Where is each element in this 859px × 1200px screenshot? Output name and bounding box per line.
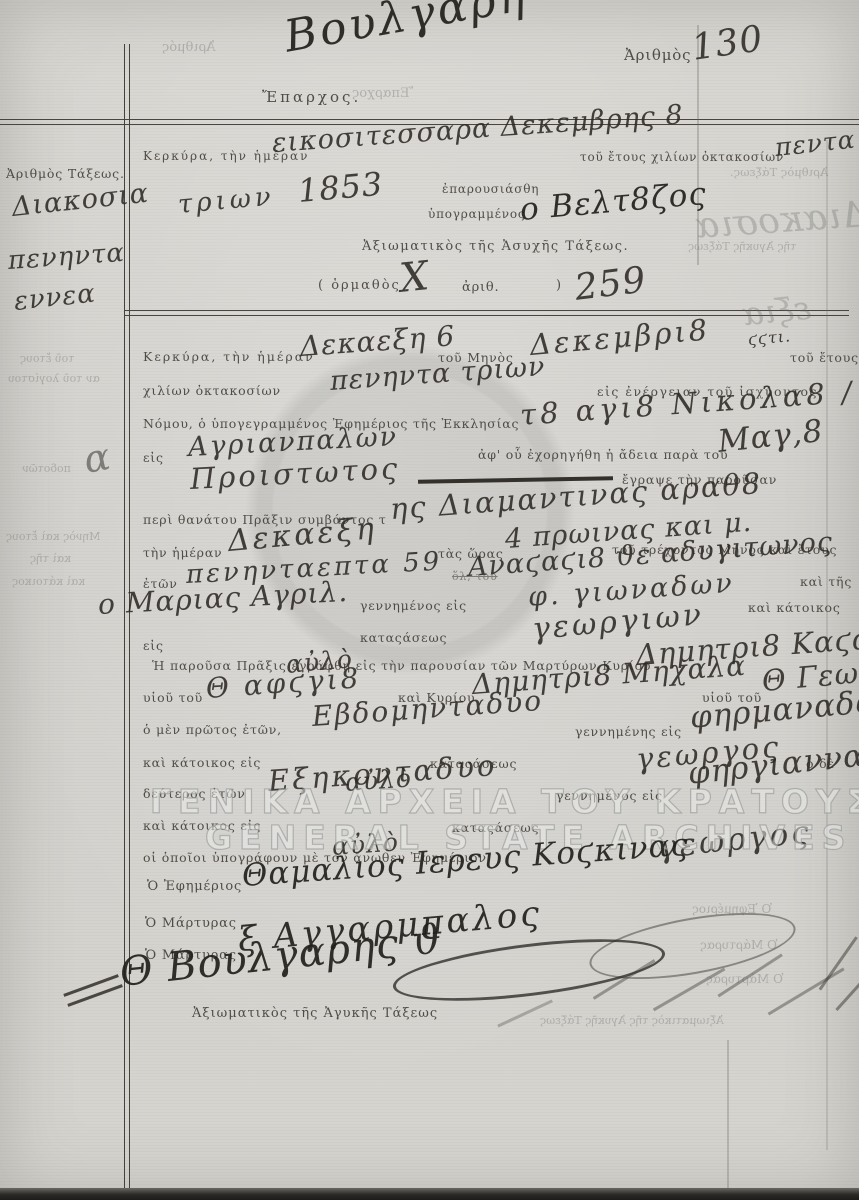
form-text: τοῦ ἔτους χιλίων ὀκτακοσίων	[580, 150, 784, 164]
form-text: Κερκύρα, τὴν ἡμέραν	[143, 349, 315, 364]
form-text: εἰς	[143, 450, 164, 465]
bleedthrough-text: Ὁ Μάρτυρας	[700, 938, 777, 952]
priest-label: Ὁ Ἐφημέριος	[147, 879, 242, 894]
form-text: ( ὁρμαθὸς	[318, 278, 401, 293]
form-text: χιλίων ὀκτακοσίων	[143, 383, 281, 398]
bleedthrough-text: καὶ κάτοικος	[12, 575, 85, 588]
bleedthrough-handwriting: α	[80, 434, 113, 482]
record-number-label: Ἀριθμὸς	[624, 46, 691, 64]
form-text: εἰς	[143, 638, 164, 653]
hw-month: Δεκεμβρι8	[529, 312, 712, 362]
officer-title-bottom: Ἀξιωματικὸς τῆς Ἀγυκῆς Τάξεως	[192, 1006, 438, 1021]
archival-death-record-page: Βουλγαρη Ἀριθμὸς 130 Ἔπαρχος. Ἀριθμός Ἔπ…	[0, 0, 859, 1200]
bleedthrough-text: Ὁ Ἐφημέριος	[692, 902, 772, 916]
scan-bottom-edge	[0, 1188, 859, 1200]
bleedthrough-text: ποδοτῶν	[22, 462, 71, 475]
archives-watermark-greek: ΓΕΝΙΚΑ ΑΡΧΕΙΑ ΤΟΥ ΚΡΑΤΟΥΣ	[150, 782, 859, 821]
form-text: τοῦ ἔτους	[790, 350, 859, 365]
bleedthrough-text: τῆς Ἀγυκῆς Τάξεως	[688, 240, 796, 253]
bleedthrough-text: Ὁ Μάρτυρας	[706, 972, 783, 986]
hw-bundle-number: 259	[573, 259, 649, 308]
pen-slash	[63, 974, 118, 996]
bleedthrough-text: Ἀριθμός	[162, 40, 216, 55]
bleedthrough-text: Ἀριθμὸς Τάξεως.	[730, 165, 828, 179]
bleedthrough-text: Μηνὸς καὶ ἔτους	[6, 530, 100, 543]
bleedthrough-text: τοῦ ἔτους	[20, 352, 74, 365]
form-text: ἀφ' οὗ ἐχορηγήθη ἡ ἄδεια παρὰ τοῦ	[478, 447, 728, 462]
bleedthrough-text: καὶ τῆς	[30, 552, 71, 565]
order-number-word: πενηντα	[7, 238, 126, 276]
form-text: καὶ τῆς	[800, 574, 852, 589]
form-text: καὶ κάτοικος εἰς	[143, 755, 261, 770]
pen-slash	[67, 984, 122, 1006]
ink-scribble	[819, 936, 858, 990]
hw-bundle-mark: X	[398, 253, 432, 302]
paper-crease	[727, 1040, 729, 1190]
form-text: ἀριθ.	[462, 280, 499, 295]
hw-authority-abbrev: Μαγ,8	[716, 413, 825, 460]
form-text: )	[556, 278, 562, 293]
officer-signature-top: ο Βελτ8ζος	[518, 176, 708, 228]
mid-double-rule	[124, 310, 849, 316]
officer-title-top: Ἀξιωματικὸς τῆς Ἀσυχῆς Τάξεως.	[362, 239, 629, 254]
form-text: γεννημένος εἰς	[360, 598, 467, 613]
form-text: γεννημένης εἰς	[575, 724, 682, 739]
order-number-label: Ἀριθμὸς Τάξεως.	[6, 166, 125, 181]
bleedthrough-text: αν τοῦ λογίστου	[8, 372, 100, 385]
eparchos-title: Ἔπαρχος.	[262, 88, 361, 106]
form-text: υἱοῦ τοῦ	[143, 690, 203, 705]
form-text: ὑπογραμμένος	[428, 207, 525, 221]
hw-entry-year: 1853	[296, 165, 384, 210]
bleedthrough-handwriting: εξια	[740, 289, 813, 334]
hw-entry-year-word: τριων	[177, 182, 276, 220]
form-text: καὶ κάτοικος	[748, 600, 841, 615]
form-text: ὁ μὲν πρῶτος ἐτῶν,	[143, 722, 282, 737]
record-number-value: 130	[689, 18, 766, 69]
ink-scribble	[835, 972, 859, 1011]
witness1-label: Ὁ Μάρτυρας	[145, 916, 237, 931]
margin-double-rule	[124, 44, 130, 1200]
form-text: καταςάσεως	[360, 630, 447, 645]
hw-entry-year-word: πεντα	[773, 125, 856, 162]
bleedthrough-text: Ἀξιωματικὸς τῆς Ἀγυκῆς Τάξεως	[540, 1014, 724, 1027]
governor-signature: Βουλγαρη	[281, 0, 532, 63]
bleedthrough-text: Ἔπαρχος	[352, 86, 413, 101]
order-number-word: εννεα	[12, 279, 97, 317]
